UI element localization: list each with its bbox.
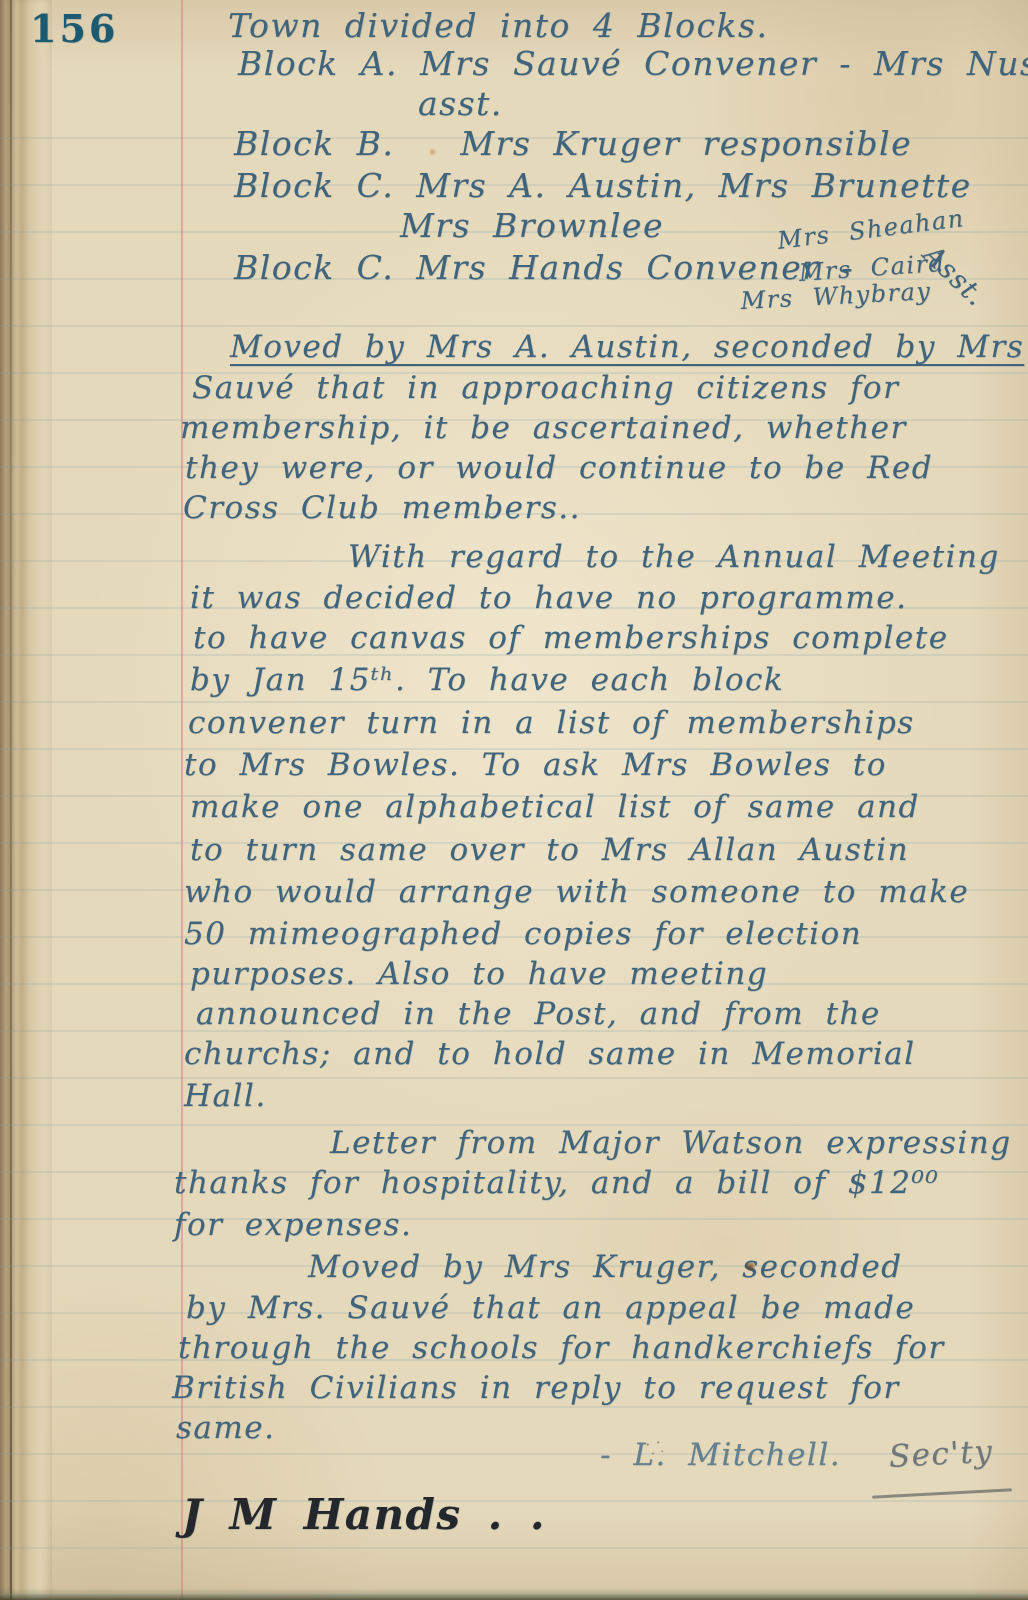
line-town-divided: Town divided into 4 Blocks.: [228, 8, 768, 44]
secretary-signature: - L. Mitchell.: [600, 1438, 841, 1472]
letter-line2: thanks for hospitality, and a bill of $1…: [174, 1166, 939, 1200]
annual-meeting-line10: 50 mimeographed copies for election: [184, 917, 862, 951]
motion1-line2: Sauvé that in approaching citizens for: [192, 371, 899, 405]
motion1-line4: they were, or would continue to be Red: [185, 451, 933, 485]
annual-meeting-line11: purposes. Also to have meeting: [190, 957, 768, 991]
annual-meeting-line1: With regard to the Annual Meeting: [348, 540, 1000, 574]
page-number: 156: [30, 6, 118, 51]
annual-meeting-line13: churchs; and to hold same in Memorial: [184, 1037, 916, 1071]
annual-meeting-line6: to Mrs Bowles. To ask Mrs Bowles to: [184, 748, 887, 782]
ledger-page: 156 Town divided into 4 Blocks.Block A. …: [0, 0, 1028, 1600]
annual-meeting-line12: announced in the Post, and from the: [196, 997, 881, 1031]
annual-meeting-line14: Hall.: [184, 1079, 267, 1113]
line-block-c1-cont: Mrs Brownlee: [400, 208, 664, 244]
chairman-signature: J M Hands . .: [182, 1492, 546, 1538]
paper-stain: [428, 148, 437, 156]
line-block-c2: Block C. Mrs Hands Convener -: [234, 250, 854, 286]
letter-line3: for expenses.: [174, 1208, 412, 1242]
annual-meeting-line7: make one alphabetical list of same and: [190, 790, 920, 824]
secretary-title: Sec'ty: [888, 1435, 994, 1475]
motion2-line2: by Mrs. Sauvé that an appeal be made: [186, 1291, 915, 1325]
motion2-line1: Moved by Mrs Kruger, seconded: [308, 1250, 903, 1284]
annual-meeting-line5: convener turn in a list of memberships: [188, 706, 915, 740]
annual-meeting-line3: to have canvas of memberships complete: [193, 621, 949, 655]
annual-meeting-line2: it was decided to have no programme.: [190, 581, 907, 615]
line-block-a: Block A. Mrs Sauvé Convener - Mrs Nuske: [238, 46, 1028, 82]
line-block-b: Block B. Mrs Kruger responsible: [234, 126, 912, 162]
page-bottom-edge: [0, 1588, 1028, 1600]
letter-line1: Letter from Major Watson expressing: [330, 1126, 1012, 1160]
motion1-line3: membership, it be ascertained, whether: [180, 411, 907, 445]
motion2-line5: same.: [176, 1411, 276, 1445]
line-block-a-asst: asst.: [418, 86, 503, 122]
motion2-line3: through the schools for handkerchiefs fo…: [178, 1331, 945, 1365]
motion1-line5: Cross Club members..: [183, 491, 581, 525]
ink-speck: [640, 1438, 666, 1460]
motion2-line4: British Civilians in reply to request fo…: [172, 1371, 900, 1405]
annual-meeting-line9: who would arrange with someone to make: [184, 875, 969, 909]
annual-meeting-line4: by Jan 15ᵗʰ. To have each block: [190, 663, 784, 697]
line-block-c1: Block C. Mrs A. Austin, Mrs Brunette: [234, 168, 972, 204]
annual-meeting-line8: to turn same over to Mrs Allan Austin: [190, 833, 909, 867]
motion1-line1: Moved by Mrs A. Austin, seconded by Mrs: [230, 330, 1024, 364]
ink-speck: [745, 1262, 756, 1271]
